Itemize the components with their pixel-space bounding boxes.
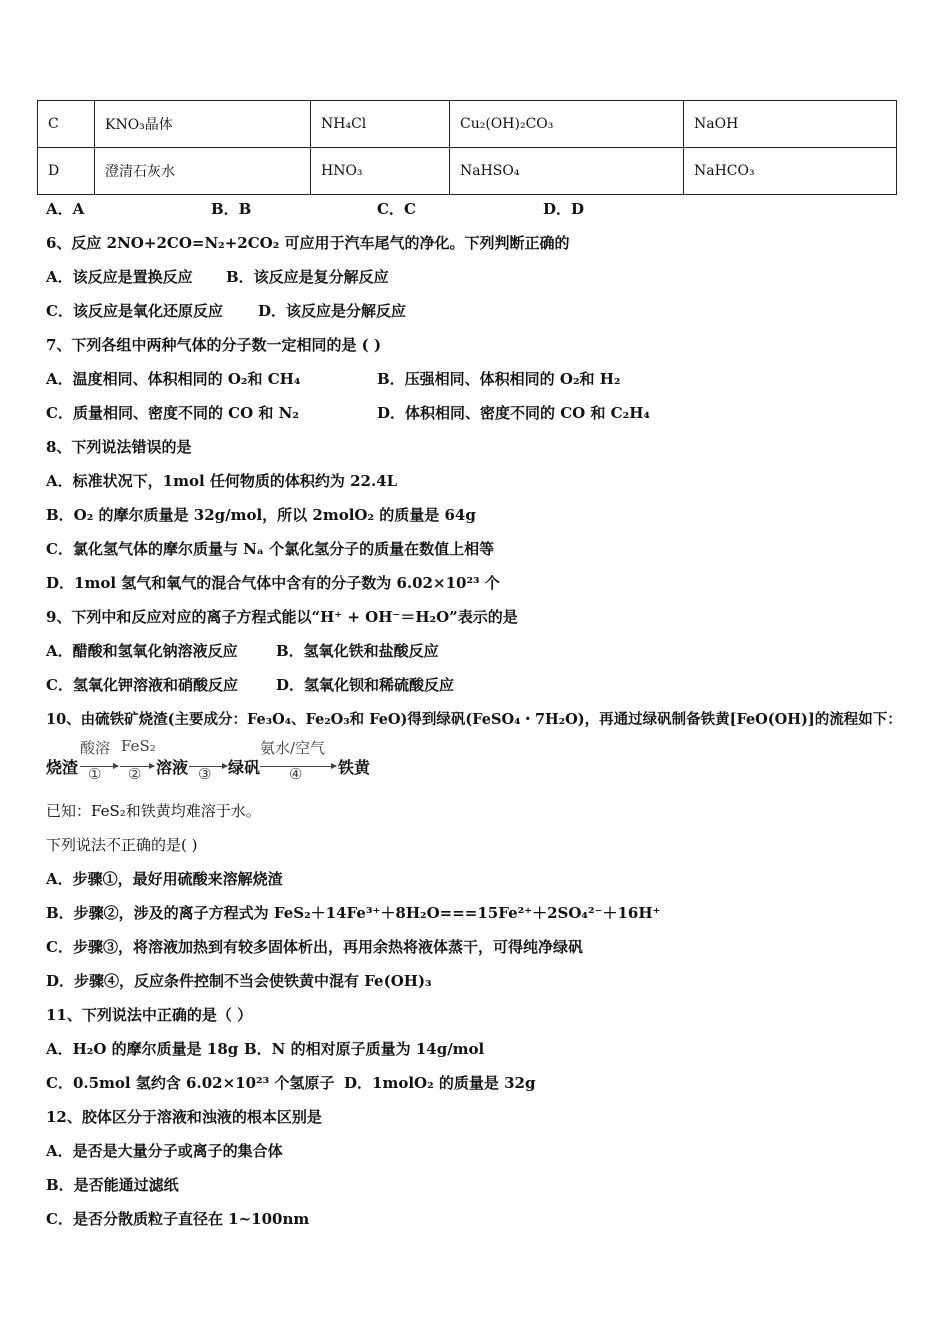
table-cell: HNO₃ bbox=[311, 148, 450, 195]
choice-d: D．D bbox=[543, 199, 584, 219]
q9-option-c: C．氢氧化钾溶液和硝酸反应 bbox=[46, 675, 238, 695]
choice-b: B．B bbox=[211, 199, 251, 219]
q8-option-b: B．O₂ 的摩尔质量是 32g/mol，所以 2molO₂ 的质量是 64g bbox=[46, 505, 476, 525]
flow-node-slag: 烧渣 bbox=[46, 755, 78, 778]
q6-option-c: C．该反应是氧化还原反应 bbox=[46, 301, 223, 321]
row-label: C bbox=[38, 101, 95, 148]
question-9-stem: 9、下列中和反应对应的离子方程式能以“H⁺ + OH⁻＝H₂O”表示的是 bbox=[46, 607, 518, 627]
table-cell: Cu₂(OH)₂CO₃ bbox=[450, 101, 684, 148]
q7-option-a: A．温度相同、体积相同的 O₂和 CH₄ bbox=[46, 369, 300, 389]
flow-step-4: ④ bbox=[289, 765, 302, 783]
q9-option-d: D．氢氧化钡和稀硫酸反应 bbox=[276, 675, 454, 695]
q8-option-a: A．标准状况下，1mol 任何物质的体积约为 22.4L bbox=[46, 471, 397, 491]
flow-step-2: ② bbox=[128, 765, 141, 783]
table-row: D 澄清石灰水 HNO₃ NaHSO₄ NaHCO₃ bbox=[38, 148, 897, 195]
question-11-stem: 11、下列说法中正确的是（ ） bbox=[46, 1005, 252, 1025]
q11-option-a: A．H₂O 的摩尔质量是 18g bbox=[46, 1039, 238, 1059]
process-flow-diagram: 烧渣 酸溶 ① FeS₂ ② 溶液 ③ 绿矾 氨水/空气 ④ 铁黄 bbox=[46, 737, 386, 783]
q10-ask: 下列说法不正确的是( ) bbox=[46, 835, 197, 855]
table-row: C KNO₃晶体 NH₄Cl Cu₂(OH)₂CO₃ NaOH bbox=[38, 101, 897, 148]
q6-option-a: A．该反应是置换反应 bbox=[46, 267, 193, 287]
q8-option-d: D．1mol 氢气和氧气的混合气体中含有的分子数为 6.02×10²³ 个 bbox=[46, 573, 500, 593]
question-10-stem: 10、由硫铁矿烧渣(主要成分：Fe₃O₄、Fe₂O₃和 FeO)得到绿矾(FeS… bbox=[46, 710, 902, 730]
q7-option-c: C．质量相同、密度不同的 CO 和 N₂ bbox=[46, 403, 299, 423]
q10-option-b: B．步骤②，涉及的离子方程式为 FeS₂＋14Fe³⁺＋8H₂O===15Fe²… bbox=[46, 903, 660, 923]
flow-step-3: ③ bbox=[198, 765, 211, 783]
table-cell: NH₄Cl bbox=[311, 101, 450, 148]
q11-option-d: D．1molO₂ 的质量是 32g bbox=[344, 1073, 535, 1093]
flow-label-ammonia-air: 氨水/空气 bbox=[260, 737, 325, 758]
q10-option-d: D．步骤④，反应条件控制不当会使铁黄中混有 Fe(OH)₃ bbox=[46, 971, 432, 991]
flow-node-green-vitriol: 绿矾 bbox=[228, 755, 260, 778]
question-12-stem: 12、胶体区分于溶液和浊液的根本区别是 bbox=[46, 1107, 322, 1127]
q12-option-b: B．是否能通过滤纸 bbox=[46, 1175, 179, 1195]
q7-option-d: D．体积相同、密度不同的 CO 和 C₂H₄ bbox=[377, 403, 650, 423]
q11-option-c: C．0.5mol 氢约含 6.02×10²³ 个氢原子 bbox=[46, 1073, 334, 1093]
q6-option-d: D．该反应是分解反应 bbox=[258, 301, 406, 321]
table-cell: KNO₃晶体 bbox=[95, 101, 311, 148]
q10-known: 已知：FeS₂和铁黄均难溶于水。 bbox=[46, 801, 261, 821]
flow-label-fes2: FeS₂ bbox=[121, 737, 156, 755]
q8-option-c: C．氯化氢气体的摩尔质量与 Nₐ 个氯化氢分子的质量在数值上相等 bbox=[46, 539, 494, 559]
row-label: D bbox=[38, 148, 95, 195]
table-cell: NaHSO₄ bbox=[450, 148, 684, 195]
flow-node-solution: 溶液 bbox=[156, 755, 188, 778]
flow-label-acid: 酸溶 bbox=[80, 737, 110, 758]
table-cell: NaOH bbox=[684, 101, 897, 148]
options-table: C KNO₃晶体 NH₄Cl Cu₂(OH)₂CO₃ NaOH D 澄清石灰水 … bbox=[37, 100, 897, 195]
q7-option-b: B．压强相同、体积相同的 O₂和 H₂ bbox=[377, 369, 621, 389]
question-8-stem: 8、下列说法错误的是 bbox=[46, 437, 191, 457]
q10-option-a: A．步骤①，最好用硫酸来溶解烧渣 bbox=[46, 869, 283, 889]
q6-option-b: B．该反应是复分解反应 bbox=[226, 267, 389, 287]
table-cell: NaHCO₃ bbox=[684, 148, 897, 195]
q9-option-b: B．氢氧化铁和盐酸反应 bbox=[276, 641, 439, 661]
question-7-stem: 7、下列各组中两种气体的分子数一定相同的是 ( ) bbox=[46, 335, 381, 355]
q12-option-a: A．是否是大量分子或离子的集合体 bbox=[46, 1141, 283, 1161]
choice-c: C．C bbox=[377, 199, 416, 219]
table-cell: 澄清石灰水 bbox=[95, 148, 311, 195]
q12-option-c: C．是否分散质粒子直径在 1~100nm bbox=[46, 1209, 309, 1229]
choice-a: A．A bbox=[46, 199, 84, 219]
flow-step-1: ① bbox=[88, 765, 101, 783]
flow-node-iron-yellow: 铁黄 bbox=[338, 755, 370, 778]
question-6-stem: 6、反应 2NO+2CO=N₂+2CO₂ 可应用于汽车尾气的净化。下列判断正确的 bbox=[46, 233, 570, 253]
q11-option-b: B．N 的相对原子质量为 14g/mol bbox=[244, 1039, 484, 1059]
q10-option-c: C．步骤③，将溶液加热到有较多固体析出，再用余热将液体蒸干，可得纯净绿矾 bbox=[46, 937, 583, 957]
q9-option-a: A．醋酸和氢氧化钠溶液反应 bbox=[46, 641, 238, 661]
